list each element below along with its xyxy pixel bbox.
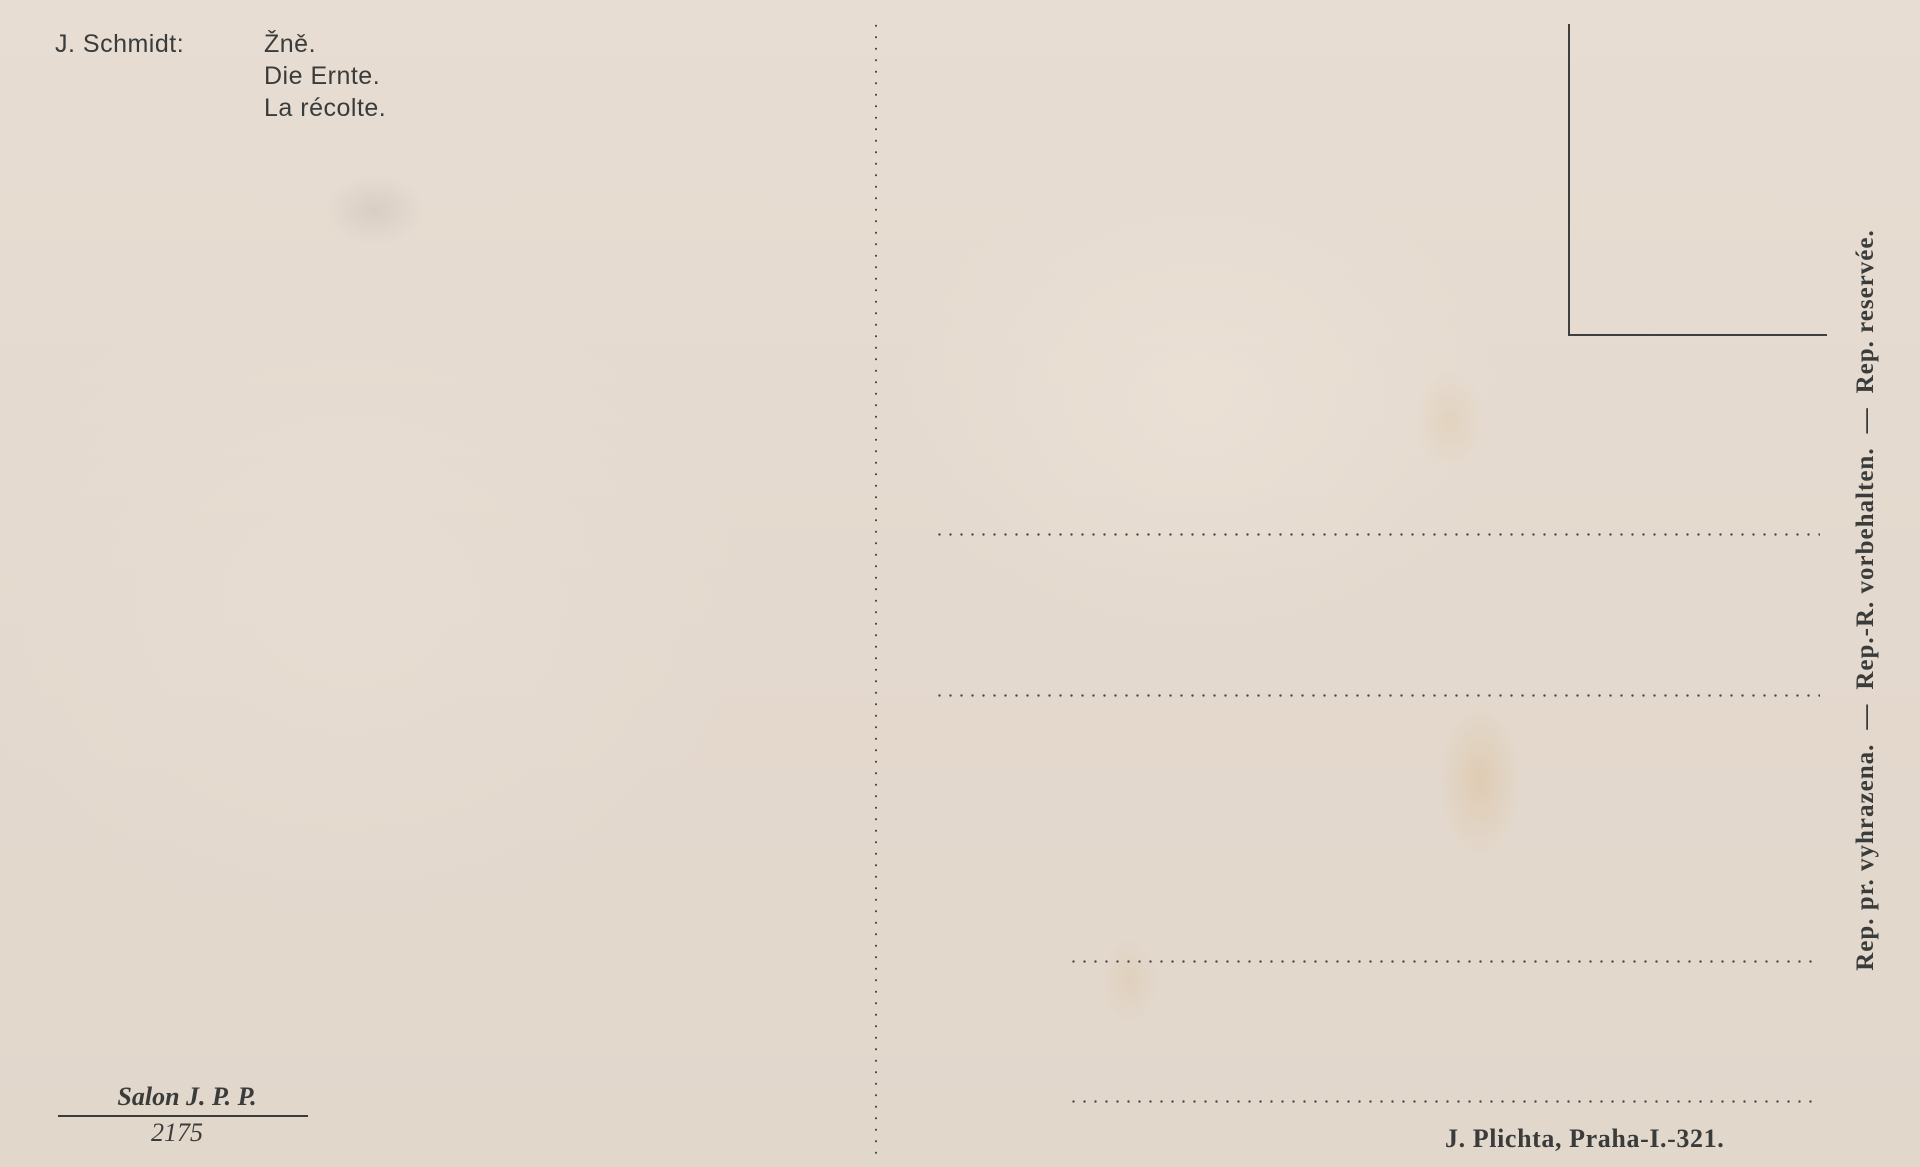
title-row-french: La récolte. [55, 92, 386, 124]
stamp-box [1568, 24, 1827, 336]
series-name: Salon J. P. P. [58, 1082, 308, 1112]
rights-czech: Rep. pr. vyhrazena. [1852, 744, 1880, 971]
address-line-1[interactable] [934, 533, 1820, 536]
artist-name: J. Schmidt: [55, 28, 264, 60]
title-row-german: Die Ernte. [55, 60, 386, 92]
rights-french: Rep. reservée. [1852, 229, 1880, 393]
address-line-4[interactable] [1068, 1100, 1820, 1103]
center-dotted-divider [875, 20, 877, 1162]
rights-separator: — [1852, 393, 1880, 447]
title-indent [55, 60, 264, 92]
artwork-title-block: J. Schmidt: Žně. Die Ernte. La récolte. [55, 28, 386, 124]
title-german: Die Ernte. [264, 60, 380, 92]
address-line-2[interactable] [934, 694, 1820, 697]
series-number: 2175 [58, 1119, 308, 1147]
postcard-back: J. Schmidt: Žně. Die Ernte. La récolte. … [0, 0, 1920, 1167]
rights-german: Rep.-R. vorbehalten. [1852, 447, 1880, 689]
series-rule [58, 1115, 308, 1117]
title-czech: Žně. [264, 28, 316, 60]
title-french: La récolte. [264, 92, 386, 124]
title-indent [55, 92, 264, 124]
address-line-3[interactable] [1068, 960, 1820, 963]
title-row-czech: J. Schmidt: Žně. [55, 28, 386, 60]
publisher-imprint: J. Plichta, Praha-I.-321. [1445, 1124, 1724, 1154]
rights-notice-vertical: Rep. pr. vyhrazena. — Rep.-R. vorbehalte… [1852, 229, 1880, 971]
rights-separator: — [1852, 690, 1880, 744]
series-mark: Salon J. P. P. 2175 [58, 1082, 308, 1147]
